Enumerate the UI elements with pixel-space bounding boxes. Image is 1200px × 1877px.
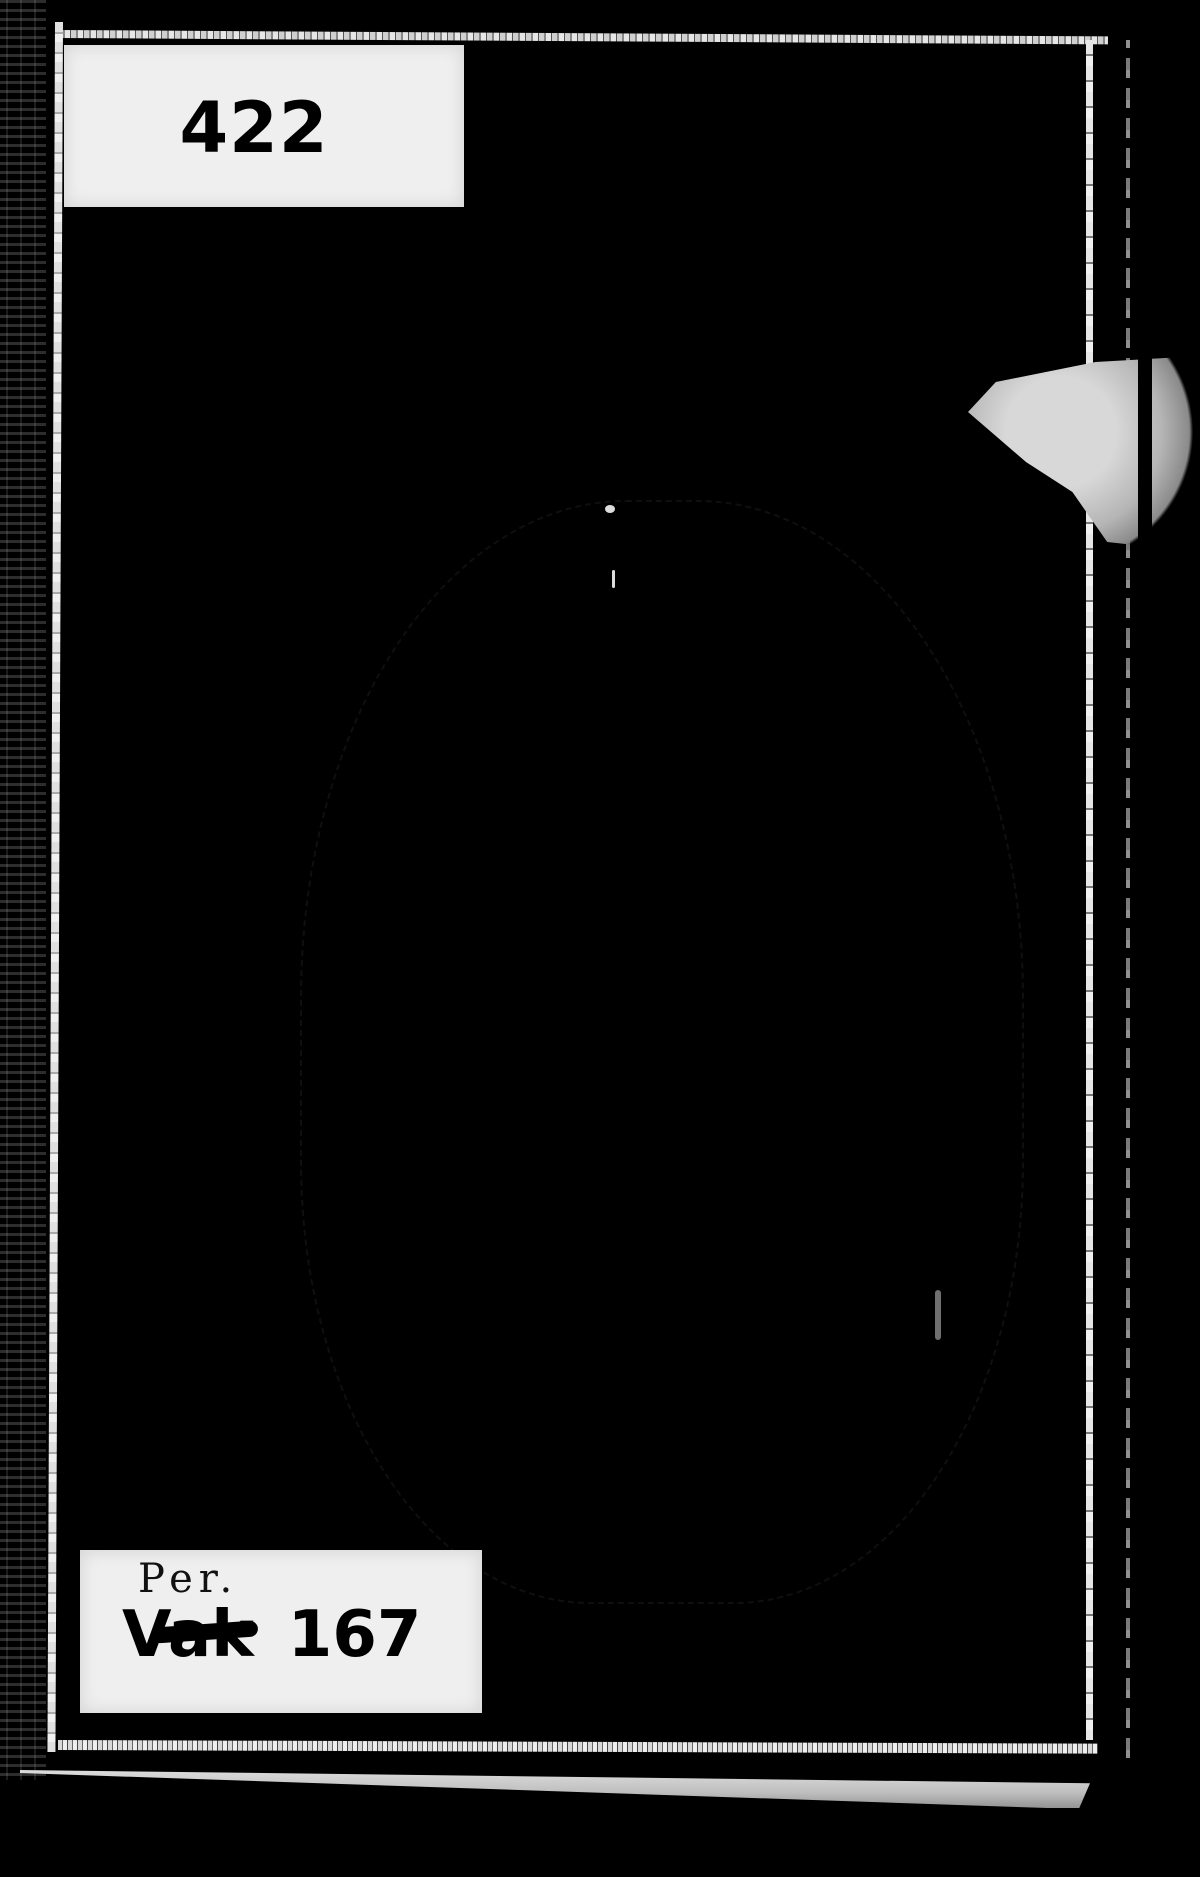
- shelfmark-prefix: Vak: [122, 1598, 254, 1672]
- frame-line-right-outer: [1126, 40, 1130, 1760]
- frame-line-left: [47, 22, 63, 1752]
- shelfmark: Vak167: [122, 1598, 421, 1672]
- frame-line-top: [58, 30, 1108, 44]
- volume-number: 422: [64, 87, 444, 169]
- surface-speck: [935, 1290, 941, 1340]
- surface-speck: [612, 570, 615, 588]
- frame-line-right: [1086, 40, 1093, 1740]
- shelfmark-label: Per. Vak167: [80, 1550, 482, 1713]
- volume-label: 422: [64, 45, 464, 207]
- book-cover: 422 Per. Vak167: [0, 0, 1200, 1877]
- shelfmark-number: 167: [288, 1598, 422, 1672]
- embossed-ornament: [300, 500, 1024, 1604]
- surface-speck: [605, 505, 615, 513]
- clasp-remnant: [968, 352, 1200, 552]
- page-block-edge: [20, 1770, 1090, 1808]
- worn-spine-edge: [0, 0, 46, 1780]
- clasp-strap: [1138, 355, 1152, 555]
- frame-line-bottom: [58, 1740, 1098, 1754]
- handwritten-note: Per.: [138, 1556, 238, 1602]
